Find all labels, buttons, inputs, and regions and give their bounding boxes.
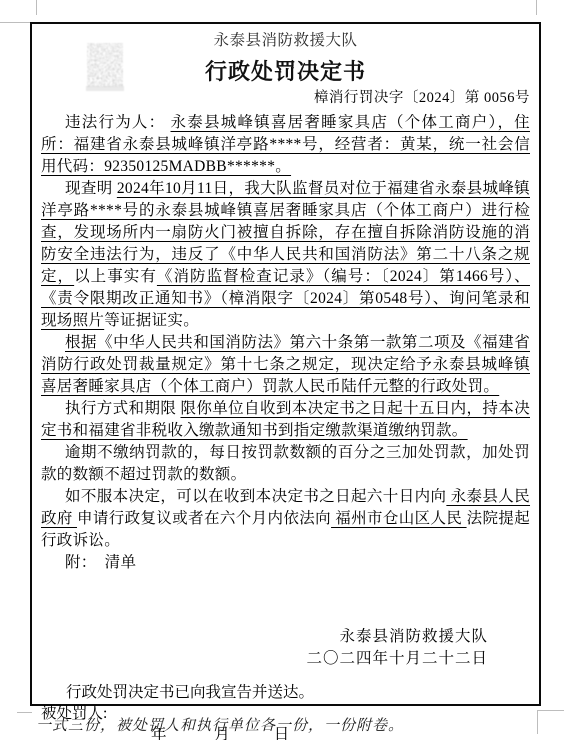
document-page: 永泰县消防救援大队 行政处罚决定书 樟消行罚决字〔2024〕第 0056号 违法… [0,0,569,740]
paragraph-execution: 执行方式和期限 限你单位自收到本决定书之日起十五日内，持本决定书和福建省非税收入… [41,398,530,442]
document-border: 永泰县消防救援大队 行政处罚决定书 樟消行罚决字〔2024〕第 0056号 违法… [30,22,541,706]
crop-mark-top-left-h [0,22,30,23]
crop-mark-bottom-left-h [17,712,32,713]
template-text: 等证据证实。 [104,312,199,329]
template-text: 违法行为人： [65,114,171,131]
document-body: 违法行为人： 永泰县城峰镇喜居奢睡家具店（个体工商户），住所：福建省永泰县城峰镇… [41,112,530,574]
template-text: 如不服本决定，可以在收到本决定书之日起六十日内向 [65,488,446,505]
template-text: 执行方式和期限 [65,400,181,417]
template-text: 以上事实有 [74,268,157,285]
paragraph-late-payment: 逾期不缴纳罚款的，每日按罚款数额的百分之三加处罚款，加处罚款的数额不超过罚款的数… [41,442,530,486]
template-text: 现查明 [65,180,117,197]
paragraph-decision: 根据《中华人民共和国消防法》第六十条第一款第二项及《福建省消防行政处罚裁量规定》… [41,332,530,398]
paragraph-violator-info: 违法行为人： 永泰县城峰镇喜居奢睡家具店（个体工商户），住所：福建省永泰县城峰镇… [41,112,530,178]
signature-org: 永泰县消防救援大队 [41,626,488,648]
template-text: 附： 清单 [65,554,136,571]
paragraph-appeal-rights: 如不服本决定，可以在收到本决定书之日起六十日内向 永泰县人民政府 申请行政复议或… [41,486,530,552]
template-text: 逾期不缴纳罚款的，每日按罚款数额的百分之三加处罚款，加处罚款的数额不超过罚款的数… [41,444,530,483]
crop-mark-top-right-v [536,0,537,15]
copies-distribution-note: 一式三份，被处罚人和执行单位各一份，一份附卷。 [36,714,404,735]
scanned-stamp-mark [86,42,124,92]
crop-mark-top-left-v [36,0,37,15]
crop-mark-bottom-right-h [537,710,564,711]
crop-mark-bottom-right-v [537,710,538,734]
signature-date: 二〇二四年十月二十二日 [41,648,488,670]
filled-blank-text: 根据《中华人民共和国消防法》第六十条第一款第二项及《福建省消防行政处罚裁量规定》… [41,334,530,395]
paragraph-attachment: 附： 清单 [41,552,530,574]
filled-blank-text: 福州市仓山区人民 [331,510,467,527]
template-text: 申请行政复议或者在六个月内依法向 [77,510,331,527]
document-content: 永泰县消防救援大队 行政处罚决定书 樟消行罚决字〔2024〕第 0056号 违法… [32,24,539,704]
signature-block: 永泰县消防救援大队 二〇二四年十月二十二日 [41,626,530,670]
delivery-statement: 行政处罚决定书已向我宣告并送达。 [41,682,530,703]
paragraph-findings: 现查明 2024年10月11日，我大队监督员对位于福建省永泰县城峰镇洋亭路***… [41,178,530,332]
